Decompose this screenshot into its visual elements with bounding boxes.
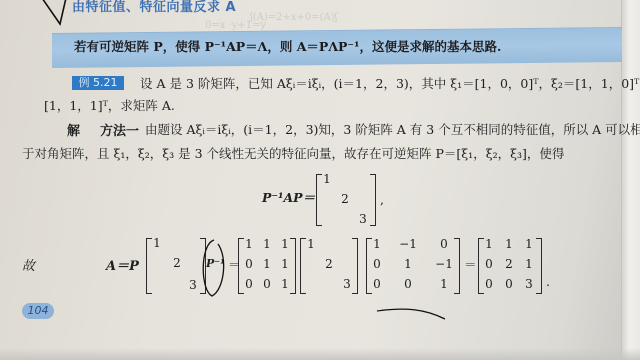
cell: 0 (397, 277, 419, 291)
matrix-p-inverse: 1 −1 0 0 1 −1 0 0 1 (366, 238, 460, 294)
solution-label: 解 (67, 120, 80, 139)
cell: 2 (321, 257, 337, 271)
cell: 1 (303, 237, 319, 251)
end-period: . (546, 274, 550, 289)
cell: 3 (521, 277, 537, 291)
page-edge (621, 0, 640, 360)
cell: 1 (241, 237, 257, 251)
example-line-1: 设 A 是 3 阶矩阵，已知 Aξᵢ＝iξᵢ，(i＝1，2，3)，其中 ξ₁＝[… (140, 74, 640, 92)
eq1-lhs: P⁻¹AP＝ (262, 188, 315, 206)
therefore-label: 故 (22, 255, 35, 274)
matrix-a-result: 1 1 1 0 2 1 0 0 3 (478, 238, 542, 294)
cell: 0 (501, 277, 517, 291)
cell: 0 (433, 237, 455, 251)
cell: 3 (355, 212, 371, 226)
diagonal-matrix-3: 1 2 3 (300, 238, 358, 294)
cell: −1 (433, 257, 455, 271)
cell: 1 (259, 257, 275, 271)
cell: 1 (259, 237, 275, 251)
cell: 0 (241, 277, 257, 291)
cell: 1 (433, 277, 455, 291)
equals-sign-2: ＝ (464, 255, 477, 273)
pen-circle-annotation (198, 238, 230, 298)
cell: 0 (241, 257, 257, 271)
matrix-p: 1 1 1 0 1 1 0 0 1 (238, 238, 296, 294)
cell: 2 (337, 192, 353, 206)
cell: 1 (149, 236, 165, 250)
page-bottom-shadow (0, 348, 640, 360)
solution-line-1: 由题设 Aξᵢ＝iξᵢ，(i＝1，2，3)知，3 阶矩阵 A 有 3 个互不相同… (145, 120, 640, 138)
cell: 1 (277, 257, 293, 271)
method-label: 方法一 (100, 120, 139, 139)
cell: 1 (397, 257, 419, 271)
example-line-2: [1，1，1]ᵀ，求矩阵 A. (44, 96, 175, 114)
cell: 1 (277, 277, 293, 291)
page-number-badge: 104 (22, 303, 54, 319)
cell: 0 (481, 257, 497, 271)
cell: 0 (369, 257, 385, 271)
pen-star-icon (36, 0, 86, 30)
banner-text: 若有可逆矩阵 P，使得 P⁻¹AP＝Λ，则 A＝PΛP⁻¹，这便是求解的基本思路… (74, 37, 501, 55)
cell: 1 (277, 237, 293, 251)
cell: 1 (501, 237, 517, 251)
bleed-through-text: 0=x ·y+1=y (205, 20, 266, 31)
cell: 1 (521, 237, 537, 251)
cell: 1 (481, 237, 497, 251)
eq1-comma: , (380, 192, 384, 207)
cell: 0 (369, 277, 385, 291)
solution-line-2: 于对角矩阵，且 ξ₁，ξ₂，ξ₃ 是 3 个线性无关的特征向量，故存在可逆矩阵 … (22, 144, 564, 162)
diagonal-matrix: 1 2 3 (316, 174, 376, 226)
eq2-lhs: A＝P (106, 255, 139, 274)
cell: 2 (501, 257, 517, 271)
pen-underline-annotation (375, 305, 455, 325)
section-header: 由特征值、特征向量反求 A (72, 0, 236, 15)
cell: 0 (259, 277, 275, 291)
example-tag: 例 5.21 (72, 76, 124, 90)
cell: 1 (369, 237, 385, 251)
cell: 1 (319, 172, 335, 186)
cell: 2 (169, 256, 185, 270)
cell: 3 (339, 277, 355, 291)
cell: 1 (521, 257, 537, 271)
diagonal-matrix-2: 1 2 3 (146, 238, 206, 294)
cell: −1 (397, 237, 419, 251)
cell: 0 (481, 277, 497, 291)
